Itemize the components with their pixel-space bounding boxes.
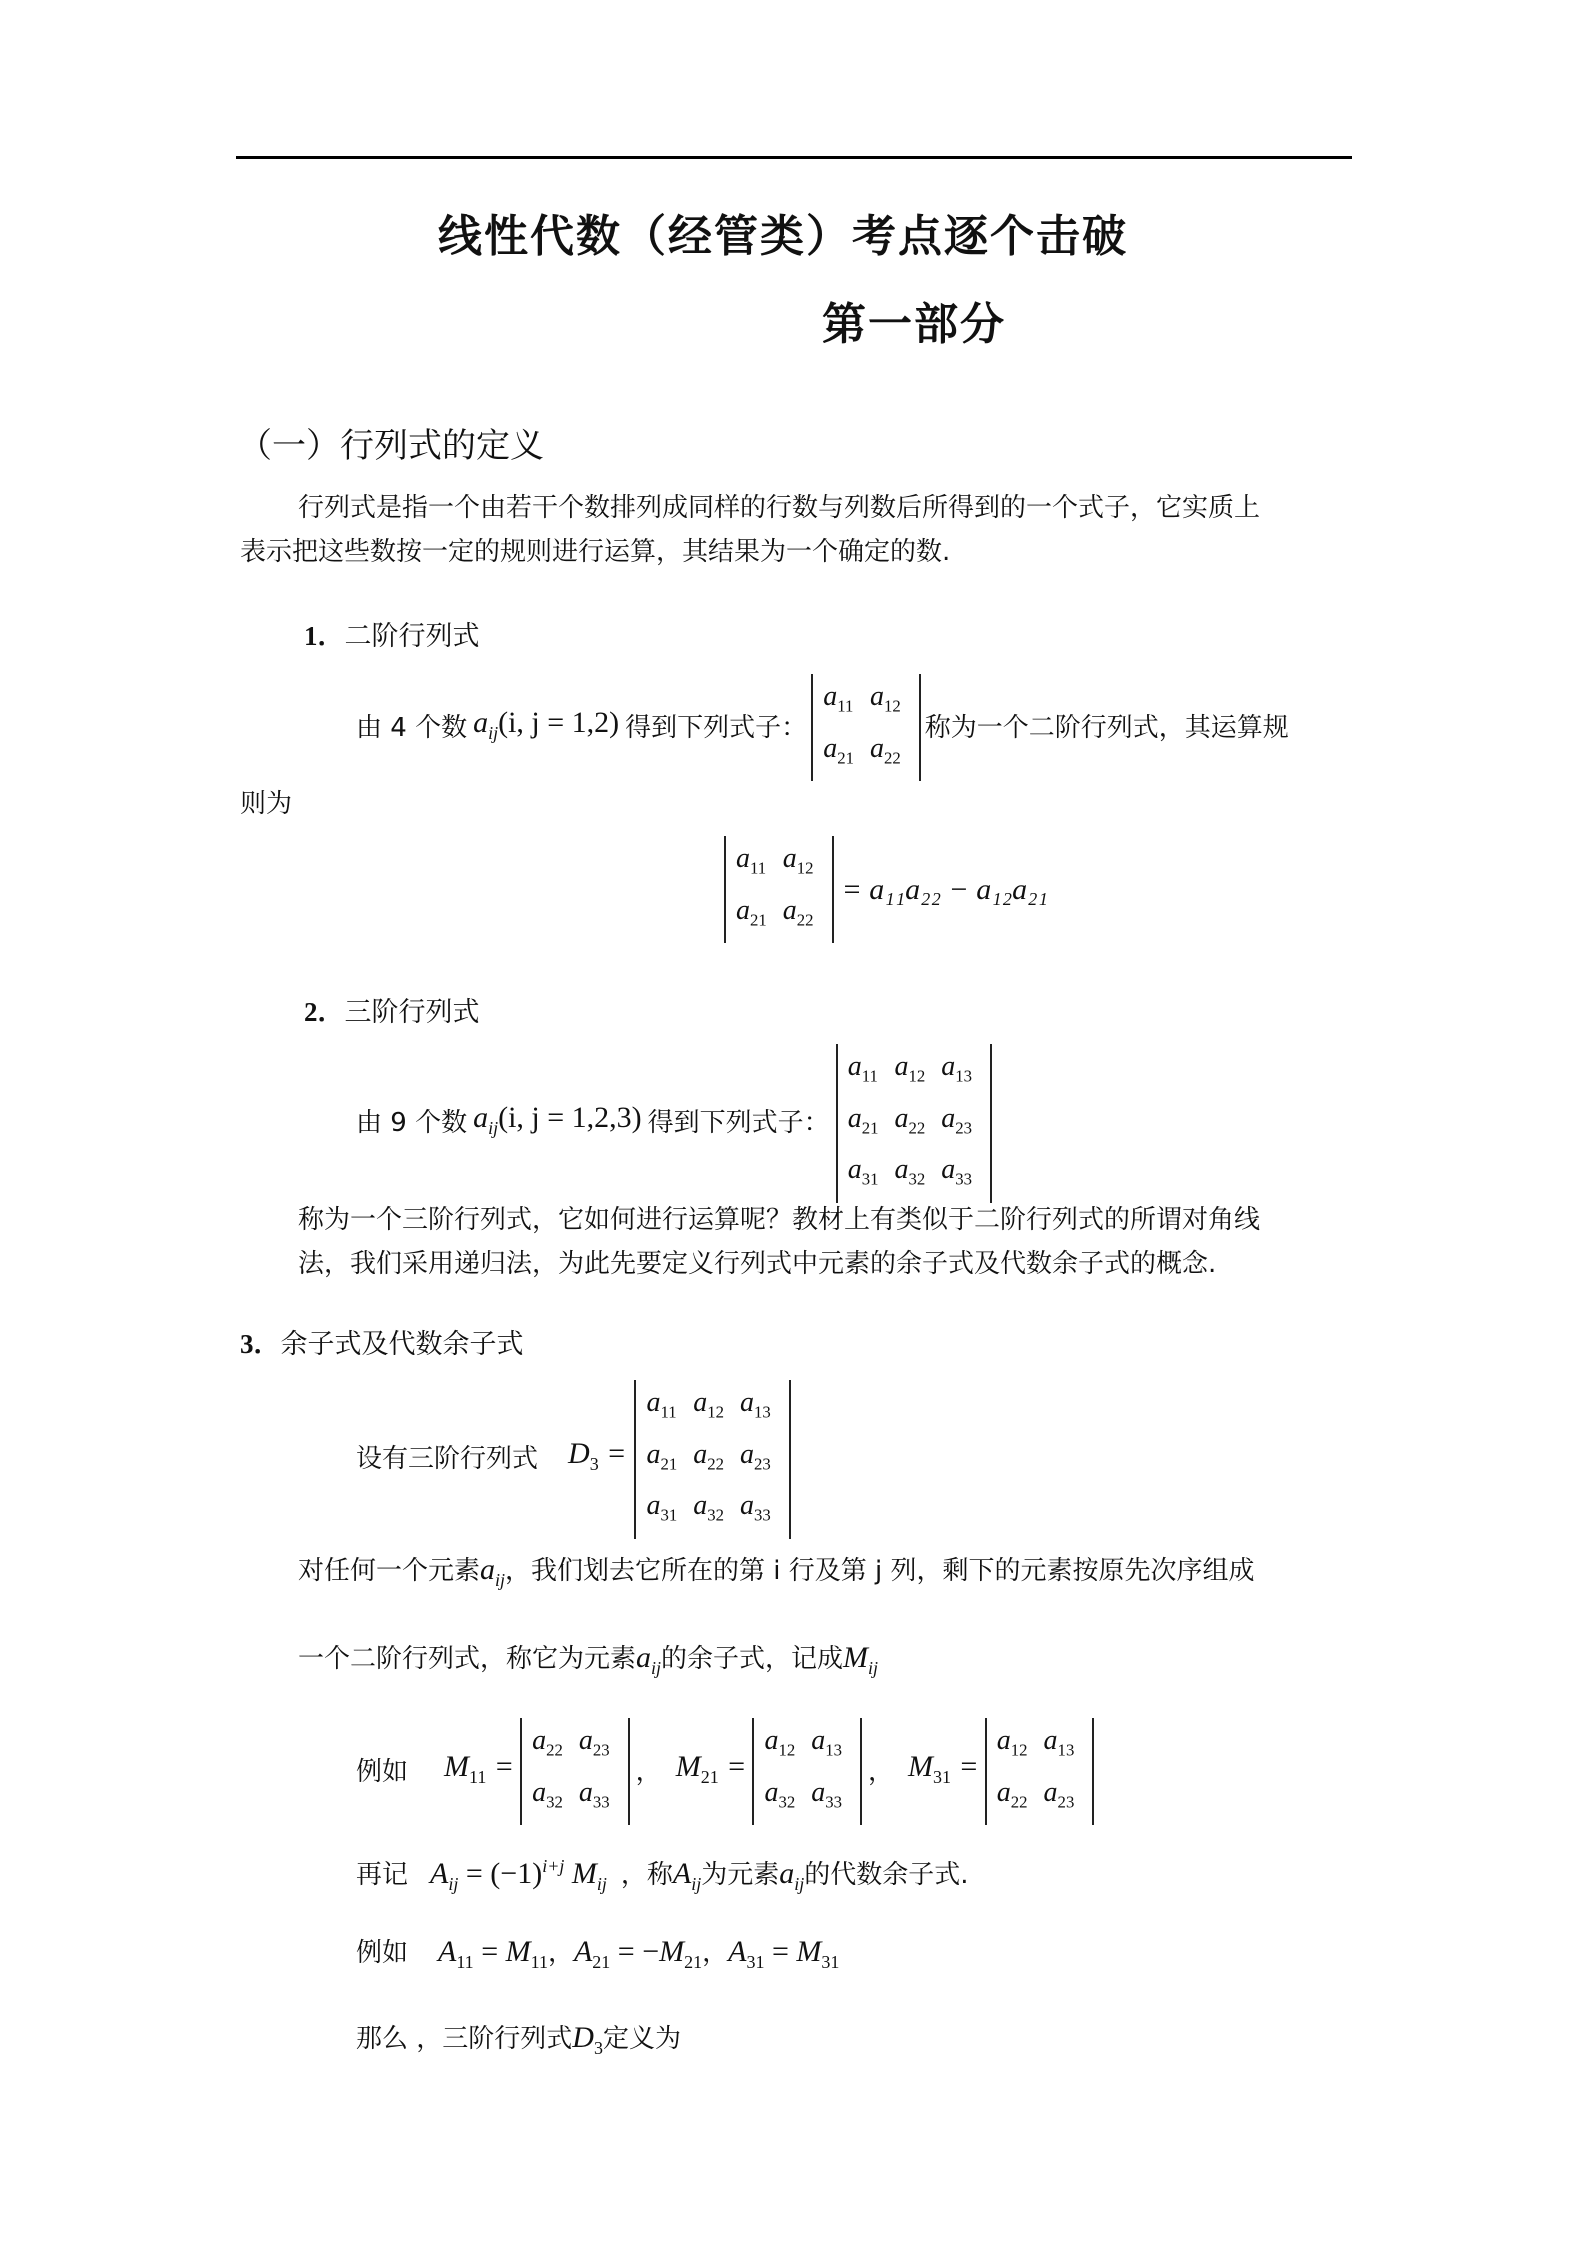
third-order-paragraph-line2: 法，我们采用递归法，为此先要定义行列式中元素的余子式及代数余子式的概念.	[298, 1240, 1216, 1288]
section-heading: （一）行列式的定义	[238, 418, 544, 467]
minor-m11: M11 =	[444, 1743, 514, 1801]
determinant-2x2: a11a12 a21a22	[724, 836, 834, 943]
determinant-3x3: a11a12a13 a21a22a23 a31a32a33	[836, 1044, 992, 1203]
subsection-number: 3．	[240, 1329, 281, 1359]
document-subtitle: 第一部分	[822, 288, 1006, 352]
subsection-title: 二阶行列式	[345, 621, 480, 652]
second-order-formula: a11a12 a21a22 = a₁₁a₂₂ − a₁₂a₂₁	[724, 836, 1048, 943]
determinant-2x2: a12a13a32a33	[752, 1718, 862, 1825]
example-label: 例如	[356, 1748, 408, 1796]
text: 设有三阶行列式	[356, 1435, 538, 1483]
d3-definition: 设有三阶行列式 D3 = a11a12a13 a21a22a23 a31a32a…	[356, 1380, 791, 1539]
text: 称为一个二阶行列式，其运算规	[925, 704, 1289, 752]
minor-definition-line1: 对任何一个元素aij，我们划去它所在的第 i 行及第 j 列，剩下的元素按原先次…	[298, 1546, 1255, 1604]
intro-paragraph-line1: 行列式是指一个由若干个数排列成同样的行数与列数后所得到的一个式子，它实质上	[298, 484, 1260, 532]
third-order-definition: 由 9 个数 aij(i, j = 1,2,3) 得到下列式子： a11a12a…	[356, 1044, 992, 1203]
subsection-title: 三阶行列式	[345, 997, 480, 1028]
determinant-2x2: a22a23a32a33	[520, 1718, 630, 1825]
second-order-definition: 由 4 个数 aij(i, j = 1,2) 得到下列式子： a11a12 a2…	[356, 674, 1289, 781]
determinant-3x3: a11a12a13 a21a22a23 a31a32a33	[634, 1380, 790, 1539]
determinant-2x2: a12a13a22a23	[985, 1718, 1095, 1825]
header-rule	[236, 156, 1352, 159]
document-page: 线性代数（经管类）考点逐个击破 第一部分 （一）行列式的定义 行列式是指一个由若…	[0, 0, 1587, 2245]
math-aij: aij(i, j = 1,2,3)	[473, 1094, 642, 1152]
math-d3: D3 =	[568, 1430, 626, 1488]
intro-paragraph-line2: 表示把这些数按一定的规则进行运算，其结果为一个确定的数.	[240, 528, 950, 576]
d3-definition-intro: 那么 ，三阶行列式D3定义为	[356, 2014, 681, 2072]
document-title: 线性代数（经管类）考点逐个击破	[438, 200, 1128, 264]
text: 由 4 个数	[356, 704, 467, 752]
minor-definition-line2: 一个二阶行列式，称它为元素aij的余子式，记成Mij	[298, 1634, 878, 1692]
subsection-1-heading: 1．二阶行列式	[304, 614, 480, 653]
cofactor-examples: 例如A11 = M11，A21 = −M21，A31 = M31	[356, 1928, 839, 1986]
minor-m21: M21 =	[676, 1743, 747, 1801]
minor-examples: 例如 M11 = a22a23a32a33 ， M21 = a12a13a32a…	[356, 1718, 1094, 1825]
cofactor-definition: 再记Aij = (−1)i+j Mij，称Aij为元素aij的代数余子式.	[356, 1842, 969, 1908]
minor-m31: M31 =	[908, 1743, 979, 1801]
math-aij: aij(i, j = 1,2)	[473, 699, 619, 757]
subsection-number: 1．	[304, 621, 345, 651]
subsection-title: 余子式及代数余子式	[281, 1329, 524, 1360]
formula-rhs: = a₁₁a₂₂ − a₁₂a₂₁	[842, 873, 1048, 907]
third-order-paragraph-line1: 称为一个三阶行列式，它如何进行运算呢？教材上有类似于二阶行列式的所谓对角线	[298, 1196, 1260, 1244]
text-rule-intro: 则为	[240, 780, 292, 828]
subsection-number: 2．	[304, 997, 345, 1027]
text: 得到下列式子：	[625, 704, 807, 752]
subsection-3-heading: 3．余子式及代数余子式	[240, 1322, 524, 1361]
subsection-2-heading: 2．三阶行列式	[304, 990, 480, 1029]
text: 得到下列式子：	[648, 1099, 830, 1147]
determinant-2x2: a11a12 a21a22	[811, 674, 921, 781]
text: 由 9 个数	[356, 1099, 467, 1147]
